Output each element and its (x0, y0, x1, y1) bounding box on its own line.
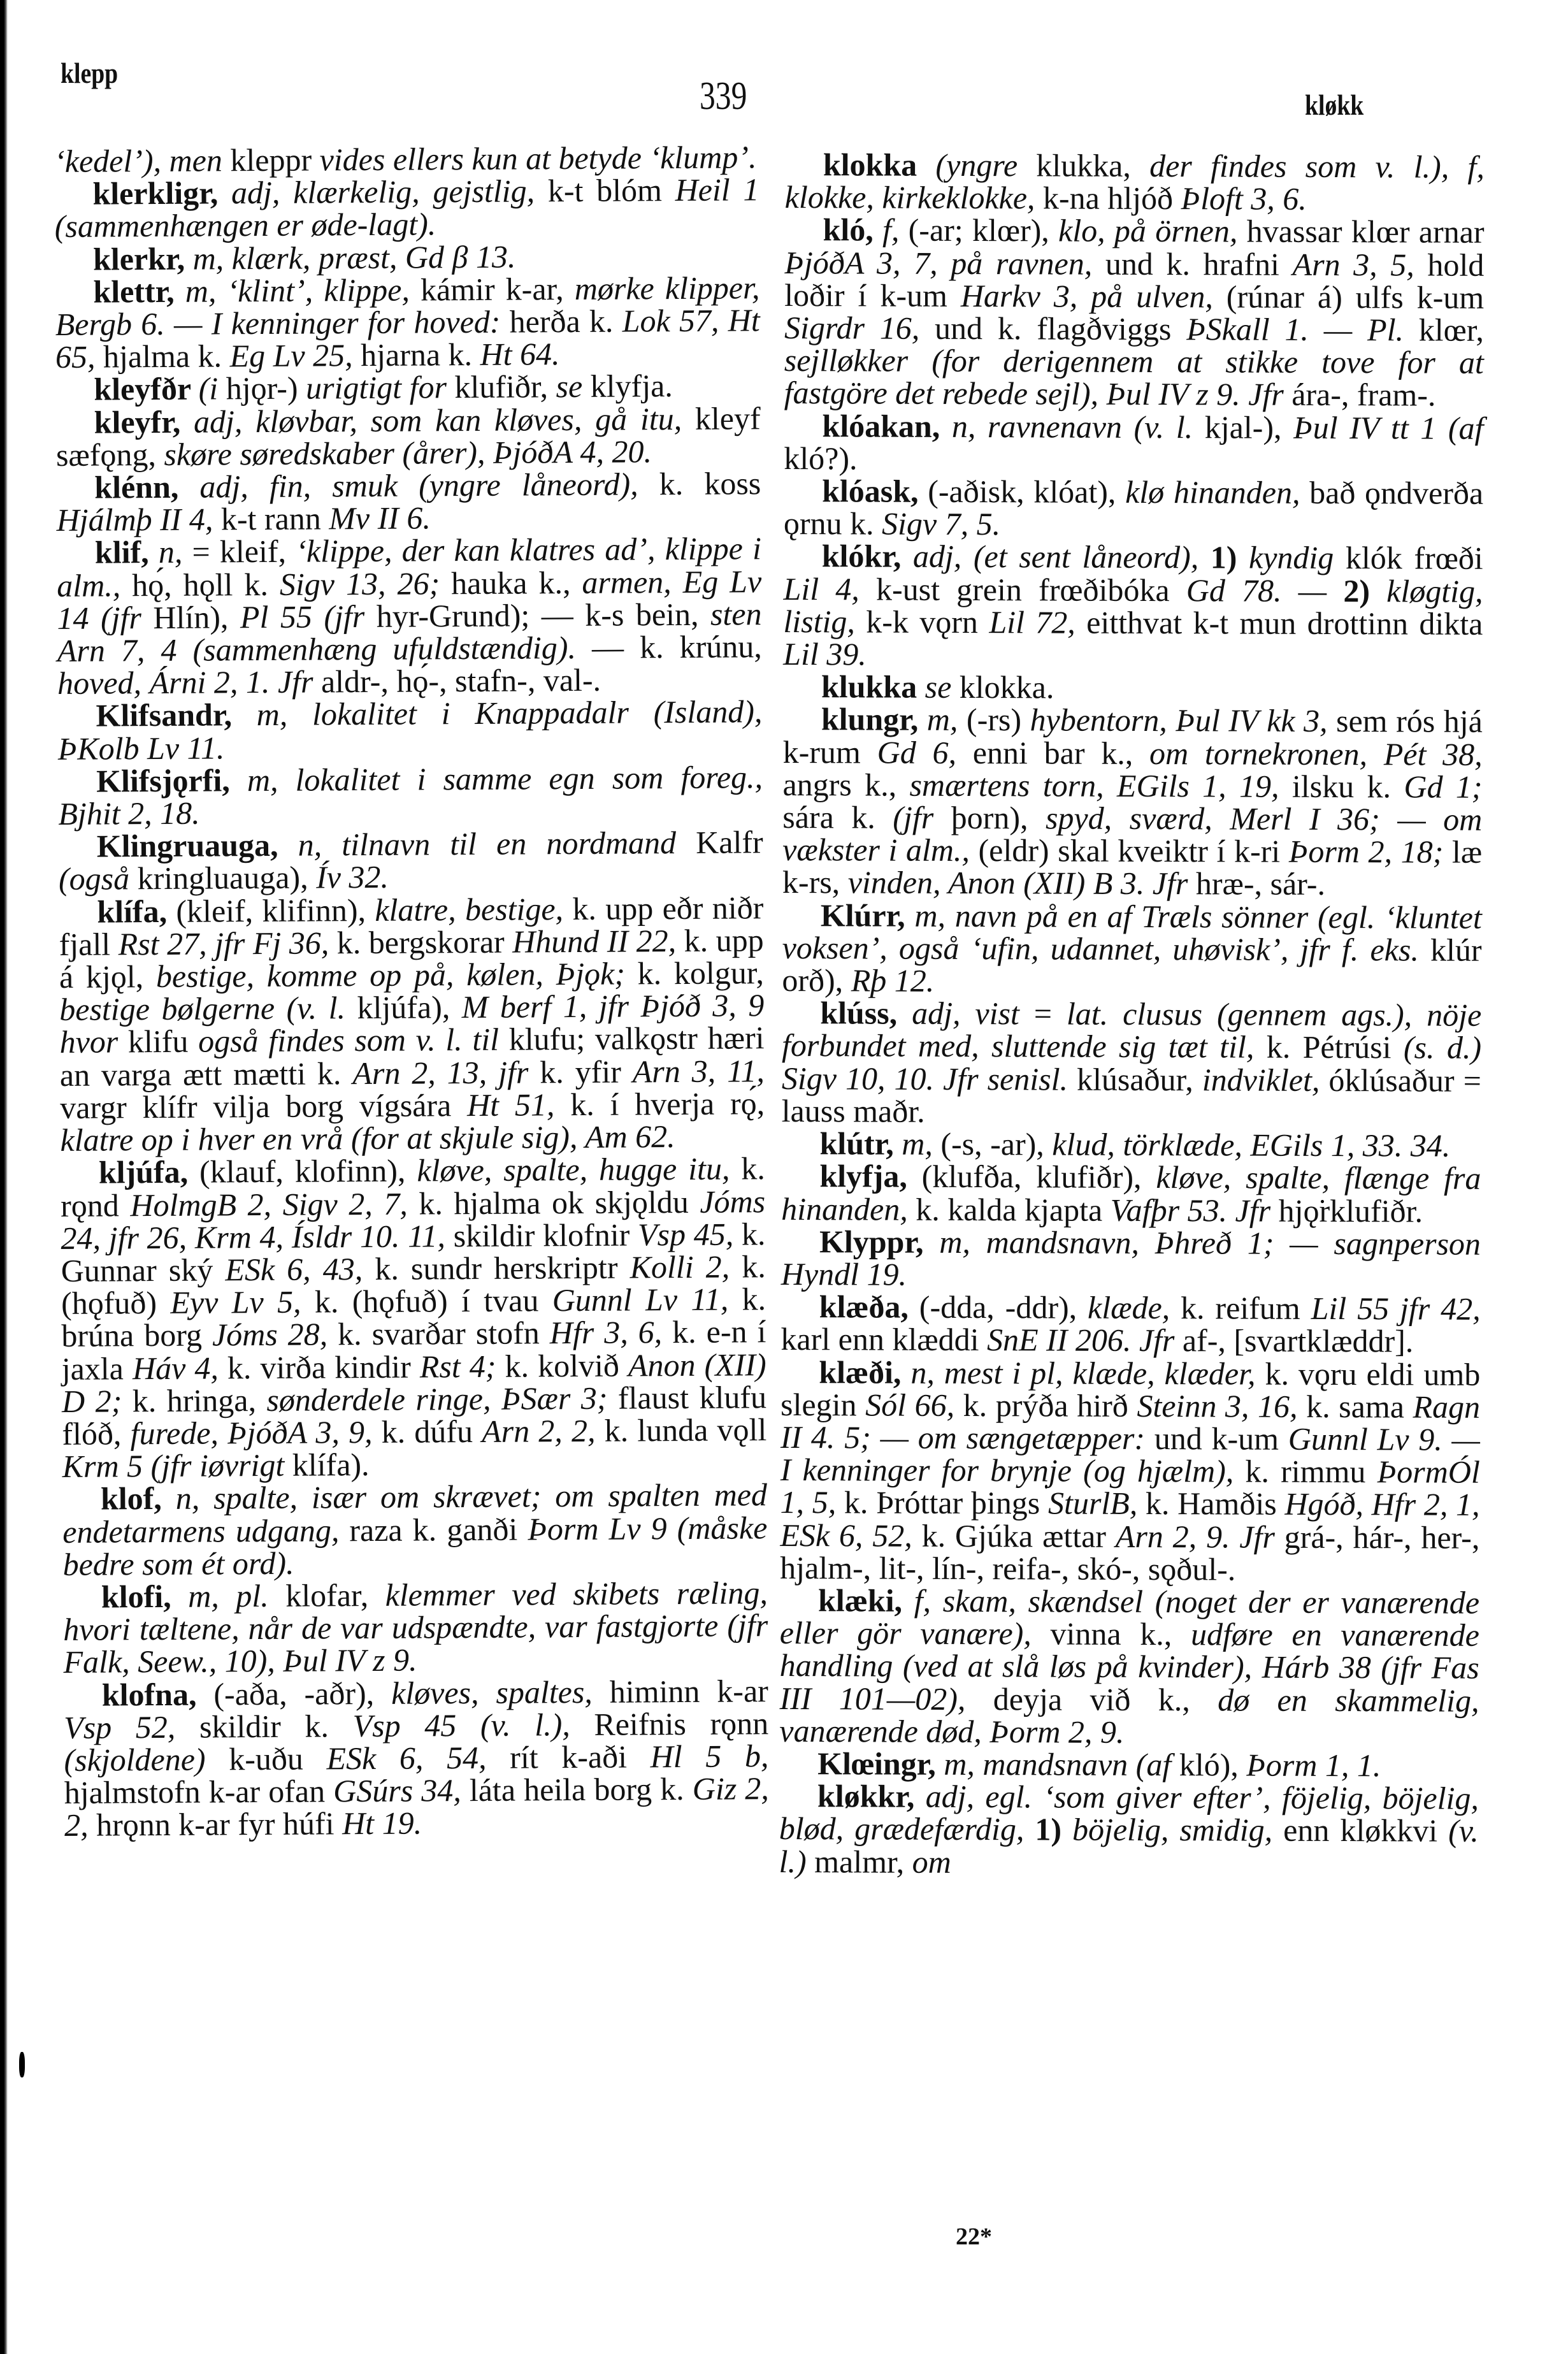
gloss-or-citation: m, ‘klint’, klippe, (185, 271, 421, 308)
old-norse-text: k-k vǫrn (866, 603, 989, 640)
old-norse-text: k. svarðar stofn (338, 1315, 550, 1352)
gloss-or-citation: HolmgB 2, Sigv 2, 7, (130, 1185, 419, 1223)
gloss-or-citation: kyndig (1249, 540, 1346, 576)
dictionary-entry: klóask, (-aðisk, klóat), klø hinanden, b… (784, 475, 1483, 542)
gloss-or-citation: m, klærk, præst, Gd β 13. (192, 238, 515, 276)
old-norse-text: k-t blóm (548, 172, 675, 208)
gloss-or-citation: Arn 2, 13, jfr (352, 1054, 540, 1091)
gloss-or-citation: n, mest i pl, klæde, klæder, (910, 1354, 1265, 1391)
old-norse-text: klœr, (1419, 312, 1484, 347)
gloss-or-citation: Lil 55 jfr 42, (1311, 1290, 1481, 1327)
gloss-or-citation: n, ravnenavn (v. l. (952, 408, 1205, 445)
gloss-or-citation: klø hinanden, (1125, 474, 1309, 510)
gloss-or-citation: Vafþr 53. Jfr (1111, 1192, 1279, 1228)
dictionary-entry: kløkkr, adj, egl. ‘som giver efter’, föj… (779, 1780, 1479, 1880)
gloss-or-citation: n, (159, 534, 192, 570)
gloss-or-citation: (jfr (893, 800, 951, 835)
dictionary-entry: Klœingr, m, mandsnavn (af kló), Þorm 1, … (779, 1747, 1479, 1782)
old-norse-text: hǫ́, hǫll k. (132, 566, 280, 602)
gloss-or-citation: furede, ÞjóðA 3, 9, (130, 1414, 381, 1451)
old-norse-text: k. kolgur, (638, 955, 765, 991)
gloss-or-citation: Rþ 12. (851, 962, 935, 998)
old-norse-text: kló), (1179, 1747, 1247, 1782)
dictionary-entry: klókr, adj, (et sent låneord), 1) kyndig… (783, 540, 1483, 673)
dictionary-entry: klæði, n, mest i pl, klæde, klæder, k. v… (780, 1356, 1480, 1587)
gloss-or-citation: Þorm 1, 1. (1246, 1747, 1381, 1783)
old-norse-text: k. sundr herskriptr (375, 1249, 630, 1286)
old-norse-text: hjalma k. (103, 338, 230, 375)
old-norse-text: k. lunda vǫll (604, 1412, 766, 1448)
running-head-right: kløkk (1305, 88, 1363, 122)
gloss-or-citation: adj, klærkelig, gejstlig, (231, 173, 548, 210)
gloss-or-citation: ESk 6, 54, (326, 1740, 510, 1777)
old-norse-text: k. reifum (1181, 1290, 1311, 1326)
gloss-or-citation: m, (902, 1126, 940, 1162)
gloss-or-citation: Kolli 2, (629, 1248, 742, 1285)
old-norse-text: hrǫnn k-ar fyr húfi (96, 1806, 342, 1843)
gloss-or-citation: Mv II 6. (329, 500, 431, 537)
gloss-or-citation: Vsp 45, (638, 1216, 742, 1252)
old-norse-text: hjarna k. (361, 336, 480, 373)
dictionary-entry: Klyppr, m, mandsnavn, Þhreð 1; — sagnper… (781, 1225, 1481, 1293)
gloss-or-citation: Þloft 3, 6. (1181, 180, 1307, 217)
gloss-or-citation: Ht 64. (480, 336, 559, 372)
gloss-or-citation: vinden, Anon (XII) B 3. Jfr (848, 865, 1196, 902)
gloss-or-citation: Ív 32. (316, 859, 389, 895)
headword: klyfja, (819, 1158, 922, 1194)
old-norse-text: kringluauga), (137, 860, 316, 897)
old-norse-text: k. hringa, (133, 1382, 267, 1419)
old-norse-text: k. Hamðis (1146, 1485, 1285, 1522)
old-norse-text: klyfja. (591, 368, 673, 404)
headword: klókr, (822, 538, 913, 574)
gloss-or-citation: n, tilnavn til en nordmand (298, 825, 696, 863)
old-norse-text: k. hjalma ok skjǫldu (419, 1183, 700, 1221)
gloss-or-citation: Ht 19. (342, 1805, 422, 1842)
old-norse-text: klukka, (1036, 147, 1149, 184)
dictionary-entry: Klifsjǫrfi, m, lokalitet i samme egn som… (58, 761, 763, 830)
headword: klútr, (819, 1125, 902, 1161)
old-norse-text: deyja við k., (993, 1681, 1218, 1717)
page-number: 339 (700, 74, 747, 119)
running-head-left: klepp (61, 56, 118, 90)
old-norse-text: = (1034, 996, 1067, 1032)
gloss-or-citation: Sigrdr 16, (784, 310, 935, 346)
gloss-or-citation: adj, fin, smuk (yngre låneord), (199, 466, 659, 504)
headword: klæki, (818, 1582, 914, 1619)
right-column: klokka (yngre klukka, der findes som v. … (779, 148, 1485, 1881)
headword: Klingruauga, (97, 827, 298, 864)
old-norse-text: k. (hǫfuð) í tvau (315, 1282, 552, 1319)
gloss-or-citation: klæde, (1088, 1290, 1181, 1326)
gloss-or-citation: klatre, bestige, (375, 891, 572, 928)
old-norse-text: hjalmstofn k-ar ofan (64, 1773, 334, 1811)
dictionary-entry: klofna, (-aða, -aðr), kløves, spaltes, h… (64, 1675, 770, 1842)
headword: klettr, (93, 273, 185, 310)
gloss-or-citation: Vsp 45 (v. l.), (352, 1707, 594, 1744)
gloss-or-citation: Eyv Lv 5, (170, 1284, 315, 1320)
old-norse-text: k. yfir (540, 1053, 633, 1090)
gloss-or-citation: ÞSkall 1. — Pl. (1186, 311, 1419, 347)
old-norse-text: skildir k. (199, 1708, 353, 1744)
old-norse-text: kleppr (230, 141, 320, 178)
dictionary-entry: kleyfr, adj, kløvbar, som kan kløves, gå… (56, 402, 761, 472)
old-norse-text: = kleif, (192, 533, 296, 570)
headword: Klifsandr, (96, 697, 257, 734)
gloss-or-citation: m, mandsnavn (af (944, 1746, 1179, 1782)
old-norse-text: klífa). (292, 1447, 370, 1483)
old-norse-text: (-rs) (967, 702, 1030, 737)
scan-page-edge (0, 0, 8, 2354)
old-norse-text: (eldr) skal kveiktr í k-ri (978, 832, 1288, 869)
dictionary-entry: klúss, adj, vist = lat. clusus (gennem a… (782, 997, 1482, 1130)
dictionary-entry: kló, f, (-ar; klœr), klo, på örnen, hvas… (784, 213, 1485, 412)
old-norse-text: (klufða, klufiðr), (922, 1159, 1156, 1195)
old-norse-text: Reifnis rǫnn (594, 1705, 768, 1742)
dictionary-entry: klóakan, n, ravnenavn (v. l. kjal-), Þul… (784, 410, 1483, 477)
headword: klerkligr, (92, 175, 231, 212)
gloss-or-citation: Arn 3, 5, (1293, 246, 1428, 282)
headword: kljúfa, (99, 1154, 200, 1190)
old-norse-text: hræ-, sár-. (1196, 866, 1325, 902)
old-norse-text: kámir k-ar, (421, 271, 575, 307)
gloss-or-citation: Pl 55 (jfr (240, 598, 377, 635)
headword: kló, (823, 212, 882, 248)
gloss-or-citation: (yngre (935, 147, 1036, 184)
old-norse-text: k. kolvið (505, 1347, 628, 1383)
old-norse-text: k. virða kindir (227, 1348, 420, 1385)
gloss-or-citation: adj, (et sent låneord), (913, 538, 1211, 575)
dictionary-entry: Klúrr, m, navn på en af Træls sönner (eg… (782, 899, 1482, 999)
dictionary-entry: klukka se klokka. (783, 670, 1483, 705)
gloss-or-citation: SnE II 206. Jfr (987, 1322, 1183, 1358)
old-norse-text: láta heila borg k. (470, 1771, 693, 1808)
headword: klerkr, (93, 240, 193, 277)
gloss-or-citation: Hjálmþ II 4, (56, 502, 221, 538)
gloss-or-citation: Gunnl Lv 11, (552, 1282, 742, 1318)
gloss-or-citation: Lil 4, (783, 571, 876, 607)
old-norse-text: Hlín), (153, 599, 240, 635)
dictionary-entry: Klingruauga, n, tilnavn til en nordmand … (59, 826, 764, 895)
gloss-or-citation: også findes som v. l. til (198, 1022, 509, 1059)
headword: Klœingr, (817, 1745, 944, 1782)
gloss-or-citation: Hl 5 b, (650, 1738, 768, 1774)
gloss-or-citation: Sigv 7, 5. (882, 506, 1000, 542)
headword: Klyppr, (819, 1224, 939, 1260)
scan-speck (19, 2052, 25, 2077)
gloss-or-citation: se (556, 368, 590, 404)
gloss-or-citation: Þorm 2, 18; (1289, 834, 1452, 870)
old-norse-text: herða k. (510, 303, 622, 340)
old-norse-text: k. prýða hirð (963, 1387, 1137, 1424)
old-norse-text: — k. krúnu, (592, 628, 762, 665)
old-norse-text: (-aða, -aðr), (213, 1675, 391, 1712)
old-norse-text: klofar, (285, 1577, 385, 1614)
old-norse-text: k-na hljóð (1043, 180, 1181, 217)
gloss-or-citation: (skjoldene) (64, 1741, 229, 1778)
gloss-or-citation: Arn 2, 9. Jfr (1116, 1518, 1284, 1554)
old-norse-text: af-, [svartklæddr]. (1183, 1323, 1414, 1359)
old-norse-text: (-aðisk, klóat), (928, 473, 1125, 510)
old-norse-text: hjǫrklufiðr. (1279, 1192, 1423, 1229)
headword: klóakan, (822, 408, 952, 444)
gloss-or-citation: (i (199, 371, 226, 407)
gloss-or-citation: ESk 6, 43, (225, 1251, 375, 1287)
old-norse-text: k. bergskorar (337, 924, 513, 961)
gloss-or-citation: indviklet, (1202, 1062, 1329, 1098)
headword: klóask, (822, 473, 928, 509)
old-norse-text: klúsaður, (1077, 1061, 1202, 1097)
old-norse-text: aldr-, hǫ́-, stafn-, val-. (321, 662, 601, 700)
gloss-or-citation: Hhund II 22, (512, 923, 684, 960)
gloss-or-citation: Vsp 52, (64, 1708, 199, 1745)
dictionary-entry: klyfja, (klufða, klufiðr), kløve, spalte… (781, 1160, 1481, 1227)
old-norse-text: sára k. (782, 799, 893, 835)
headword: klæða, (819, 1289, 919, 1325)
dictionary-entry: klif, n, = kleif, ‘klippe, der kan klatr… (57, 533, 763, 700)
old-norse-text: hyr-Grund); — k-s bein, (377, 596, 711, 634)
old-norse-text: klufiðr, (454, 369, 556, 405)
gloss-or-citation: Hfr 3, 6, (550, 1314, 673, 1350)
old-norse-text: vinna k., (1050, 1616, 1191, 1652)
gloss-or-citation: Ht 51, (467, 1087, 571, 1123)
old-norse-text: Kalfr (696, 824, 763, 860)
old-norse-text: k-t rann (221, 501, 329, 537)
gloss-or-citation: Arn 3, 11, (633, 1053, 765, 1089)
dictionary-entry: klæki, f, skam, skændsel (noget der er v… (779, 1584, 1479, 1750)
gloss-or-citation: bestige bølgerne (v. l. (59, 990, 357, 1027)
old-norse-text: raza k. ganði (349, 1511, 528, 1548)
old-norse-text: eitthvat k-t mun drottinn dikta (1086, 605, 1483, 642)
gloss-or-citation: adj, vist (912, 995, 1034, 1032)
old-norse-text: angrs k., (782, 767, 909, 803)
old-norse-text: k. koss (659, 465, 761, 502)
old-norse-text: (-dda, -ddr), (919, 1289, 1088, 1325)
scan-speck (1321, 1200, 1324, 1203)
old-norse-text: hvassar klœr arnar (1247, 213, 1485, 250)
old-norse-text: ára-, fram-. (1291, 377, 1435, 413)
gloss-or-citation: Arn 2, 2, (482, 1413, 605, 1449)
left-column: ‘kedel’), men kleppr vides ellers kun at… (54, 141, 769, 1842)
gloss-or-citation: Sigv 13, 26; (280, 565, 452, 602)
old-norse-text: k-ust grein frœðibóka (876, 571, 1186, 608)
gloss-or-citation: om (912, 1844, 951, 1879)
sense-number: 1) (1211, 540, 1249, 575)
headword: klokka (823, 147, 936, 183)
headword: klofna, (102, 1676, 214, 1712)
dictionary-entry: Klifsandr, m, lokalitet i Knappadalr (Is… (57, 696, 763, 765)
gloss-or-citation: Lil 72, (989, 604, 1086, 640)
gloss-or-citation: ‘kedel’), men (54, 142, 231, 179)
scan-speck (1045, 1485, 1047, 1489)
gloss-or-citation: m, pl. (188, 1578, 285, 1614)
gloss-or-citation: urigtigt for (306, 370, 455, 406)
old-norse-text: k. rimmu (1245, 1454, 1377, 1490)
old-norse-text: klók frœði (1346, 540, 1483, 577)
gloss-or-citation: se (925, 669, 960, 705)
gloss-or-citation: kløves, spaltes, (391, 1673, 610, 1710)
sense-number: 1) (1035, 1812, 1072, 1847)
gloss-or-citation: Harkv 3, på ulven, (961, 278, 1226, 314)
gloss-or-citation: Gd 78. — (1186, 572, 1344, 609)
old-norse-text: k. dúfu (381, 1413, 482, 1450)
old-norse-text: malmr, (814, 1844, 912, 1880)
gloss-or-citation: hoved, Árni 2, 1. Jfr (57, 664, 321, 702)
dictionary-entry: klof, n, spalte, især om skrævet; om spa… (62, 1479, 768, 1581)
gloss-or-citation: Eg Lv 25, (229, 337, 361, 373)
old-norse-text: k. Gjúka ættar (922, 1517, 1116, 1554)
old-norse-text: klifu (128, 1023, 198, 1060)
old-norse-text: kjal-), (1205, 409, 1294, 445)
headword: kløkkr, (817, 1778, 926, 1814)
old-norse-text: kljúfa), (357, 989, 462, 1025)
old-norse-text: klokka. (960, 669, 1054, 705)
gloss-or-citation: smærtens torn, EGils 1, 19, (909, 767, 1292, 804)
old-norse-text: (-ar; klœr), (909, 212, 1059, 249)
dictionary-entry: klofi, m, pl. klofar, klemmer ved skibet… (63, 1577, 768, 1679)
dictionary-entry: klokka (yngre klukka, der findes som v. … (785, 148, 1485, 216)
old-norse-text: und k. flagðviggs (935, 310, 1186, 347)
dictionary-entry: klénn, adj, fin, smuk (yngre låneord), k… (56, 467, 761, 537)
gloss-or-citation: Lil 39. (783, 636, 867, 672)
gloss-or-citation: Sól 66, (865, 1387, 963, 1423)
page-header: klepp 339 kløkk (0, 56, 1568, 107)
gloss-or-citation: Gd 6, (877, 734, 973, 770)
gloss-or-citation: Háv 4, (133, 1350, 227, 1386)
gloss-or-citation: sønderdele ringe, ÞSær 3; (266, 1380, 618, 1417)
headword: klukka (821, 668, 925, 705)
gloss-or-citation: böjelig, smidig, (1072, 1812, 1283, 1848)
old-norse-text: þorn), (951, 800, 1046, 836)
gloss-or-citation: Steinn 3, 16, (1137, 1388, 1306, 1424)
old-norse-text: ilsku k. (1292, 769, 1404, 805)
gloss-or-citation: klud, törklæde, EGils 1, 33. 34. (1052, 1127, 1450, 1164)
gloss-or-citation: SturlB, (1048, 1485, 1146, 1522)
sense-number: 2) (1343, 573, 1386, 609)
headword: klof, (101, 1480, 176, 1517)
old-norse-text: und k-um (1154, 1420, 1288, 1457)
gloss-or-citation: Rst 4; (420, 1348, 505, 1384)
printer-signature-mark: 22* (956, 2223, 992, 2251)
headword: kleyfðr (94, 371, 199, 407)
old-norse-text: k. Pétrúsi (1267, 1029, 1404, 1065)
headword: kleyfr, (94, 403, 194, 440)
old-norse-text: karl enn klæddi (780, 1321, 987, 1357)
headword: Klúrr, (821, 897, 915, 934)
old-norse-text: k. sama (1306, 1389, 1413, 1425)
old-norse-text: (-s, -ar), (940, 1126, 1052, 1162)
old-norse-text: hjǫr-) (226, 370, 306, 407)
gloss-or-citation: Krm 5 (jfr iøvrigt (62, 1447, 292, 1484)
gloss-or-citation: Gd 1; (1404, 769, 1482, 804)
old-norse-text: k. Þróttar þings (844, 1485, 1048, 1521)
dictionary-entry: kljúfa, (klauf, klofinn), kløve, spalte,… (61, 1153, 767, 1484)
gloss-or-citation: hybentorn, Þul IV kk 3, (1030, 702, 1336, 739)
old-norse-text: (klauf, klofinn), (199, 1153, 417, 1190)
gloss-or-citation: m, (927, 702, 967, 737)
gloss-or-citation: f, (882, 212, 909, 248)
gloss-or-citation: GSúrs 34, (333, 1772, 470, 1809)
old-norse-text: und k. hrafni (1105, 245, 1293, 282)
old-norse-text: k. kalda kjapta (916, 1191, 1111, 1227)
gloss-or-citation: Rst 27, jfr Fj 36, (119, 925, 337, 962)
old-norse-text: k. í hverja rǫ́, (570, 1085, 765, 1122)
headword: Klifsjǫrfi, (96, 762, 247, 798)
gloss-or-citation: Jóms 28, (212, 1317, 338, 1353)
gloss-or-citation: kløve, spalte, hugge itu, (417, 1151, 741, 1188)
dictionary-entry: klæða, (-dda, -ddr), klæde, k. reifum Li… (780, 1290, 1480, 1358)
old-norse-text: enni bar k., (973, 735, 1149, 771)
old-norse-text: (kleif, klifinn), (176, 892, 375, 929)
old-norse-text: rít k-aði (510, 1738, 651, 1775)
dictionary-entry: klerkligr, adj, klærkelig, gejstlig, k-t… (54, 173, 759, 243)
old-norse-text: k-uðu (229, 1740, 327, 1777)
headword: klífa, (97, 893, 176, 930)
gloss-or-citation: Þul IV tt 1 (af (1293, 409, 1484, 445)
gloss-or-citation: klo, på örnen, (1058, 213, 1247, 249)
headword: klúss, (820, 995, 912, 1031)
headword: klungr, (821, 702, 927, 738)
old-norse-text: skildir klofnir (454, 1217, 638, 1253)
old-norse-text: (rúnar á) ulfs k-um (1226, 278, 1485, 315)
dictionary-entry: klungr, m, (-rs) hybentorn, Þul IV kk 3,… (782, 703, 1483, 901)
headword: klif, (95, 534, 159, 570)
gloss-or-citation: ÞjóðA 3, 7, på ravnen, (784, 245, 1105, 282)
headword: klofi, (101, 1578, 189, 1615)
dictionary-entry: klettr, m, ‘klint’, klippe, kámir k-ar, … (55, 271, 760, 373)
old-norse-text: himinn k-ar (610, 1673, 768, 1710)
dictionary-entry: klífa, (kleif, klifinn), klatre, bestige… (59, 892, 765, 1157)
headword: klæði, (819, 1354, 910, 1390)
dictionary-entry: klútr, m, (-s, -ar), klud, törklæde, EGi… (781, 1127, 1481, 1162)
old-norse-text: hauka k., (451, 565, 582, 601)
gloss-or-citation: om tornekronen, Pét 38, (1149, 735, 1483, 772)
old-norse-text: kló?). (784, 440, 857, 476)
headword: klénn, (94, 469, 199, 505)
old-norse-text: enn kløkkvi (1283, 1812, 1448, 1849)
gloss-or-citation: (også (59, 861, 138, 897)
